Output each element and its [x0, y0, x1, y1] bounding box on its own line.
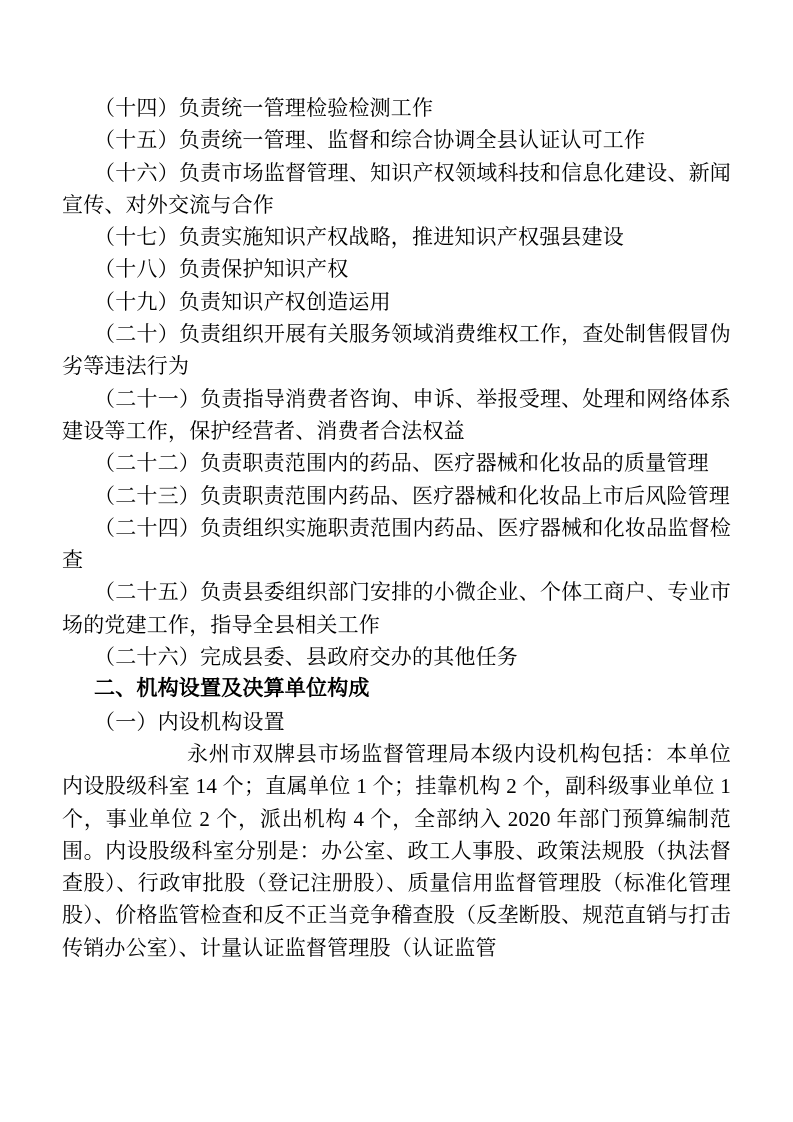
duty-item-18: （十八）负责保护知识产权 [62, 253, 731, 285]
duty-item-20: （二十）负责组织开展有关服务领域消费维权工作，查处制售假冒伪劣等违法行为 [62, 318, 731, 383]
org-structure-paragraph: 永州市双牌县市场监督管理局本级内设机构包括：本单位内设股级科室 14 个；直属单… [62, 738, 731, 964]
duty-item-19: （十九）负责知识产权创造运用 [62, 286, 731, 318]
section-heading: 二、机构设置及决算单位构成 [62, 673, 731, 705]
duty-item-15: （十五）负责统一管理、监督和综合协调全县认证认可工作 [62, 124, 731, 156]
duty-item-16: （十六）负责市场监督管理、知识产权领域科技和信息化建设、新闻宣传、对外交流与合作 [62, 157, 731, 222]
duty-item-25: （二十五）负责县委组织部门安排的小微企业、个体工商户、专业市场的党建工作，指导全… [62, 576, 731, 641]
duty-item-22: （二十二）负责职责范围内的药品、医疗器械和化妆品的质量管理 [62, 447, 731, 479]
document-content: （十四）负责统一管理检验检测工作 （十五）负责统一管理、监督和综合协调全县认证认… [62, 92, 731, 964]
duty-item-23: （二十三）负责职责范围内药品、医疗器械和化妆品上市后风险管理 [62, 480, 731, 512]
duty-item-24: （二十四）负责组织实施职责范围内药品、医疗器械和化妆品监督检查 [62, 512, 731, 577]
duty-item-17: （十七）负责实施知识产权战略，推进知识产权强县建设 [62, 221, 731, 253]
subsection-heading: （一）内设机构设置 [62, 706, 731, 738]
duty-item-14: （十四）负责统一管理检验检测工作 [62, 92, 731, 124]
document-page: （十四）负责统一管理检验检测工作 （十五）负责统一管理、监督和综合协调全县认证认… [0, 0, 793, 1122]
duty-item-26: （二十六）完成县委、县政府交办的其他任务 [62, 641, 731, 673]
duty-item-21: （二十一）负责指导消费者咨询、申诉、举报受理、处理和网络体系建设等工作，保护经营… [62, 383, 731, 448]
